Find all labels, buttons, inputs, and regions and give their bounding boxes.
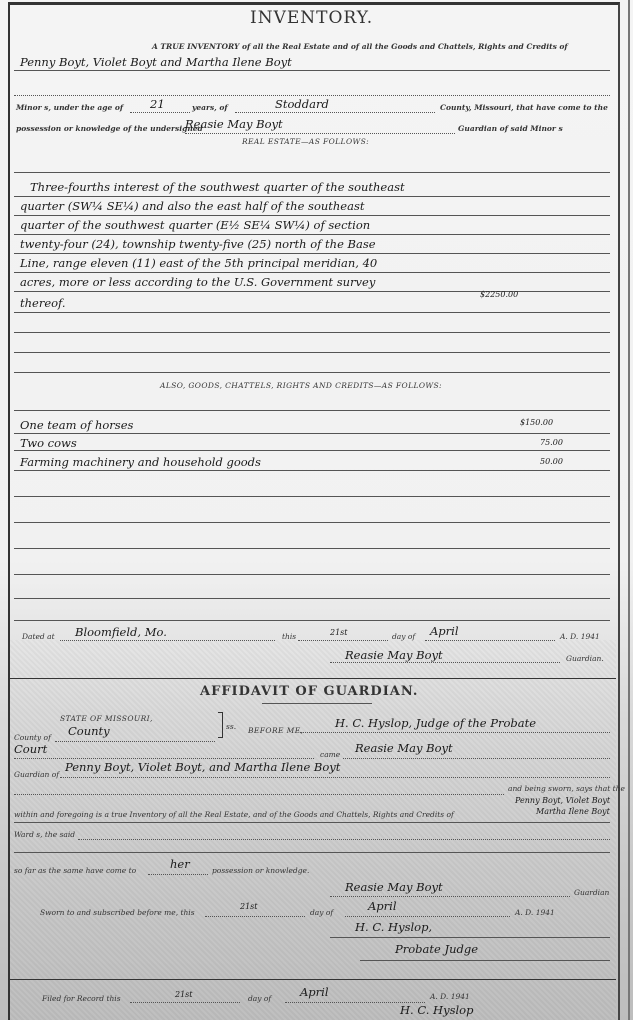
real-estate-line-5: Line, range eleven (11) east of the 5th … (20, 256, 377, 270)
came-name: Reasie May Boyt (355, 741, 453, 755)
county-value: Stoddard (275, 97, 329, 111)
affidavit-guardian-signature: Reasie May Boyt (345, 880, 443, 894)
wards-note-top: Penny Boyt, Violet Boyt (515, 796, 610, 805)
sworn-day: 21st (240, 902, 258, 911)
possession-label: possession or knowledge of the undersign… (16, 124, 203, 133)
so-far-label: so far as the same have come to (14, 866, 136, 875)
filed-label: Filed for Record this (42, 994, 121, 1003)
pronoun: her (170, 857, 190, 871)
real-estate-heading: REAL ESTATE—AS FOLLOWS: (242, 137, 369, 146)
intro-text: A TRUE INVENTORY of all the Real Estate … (152, 42, 568, 51)
wards-names: Penny Boyt, Violet Boyt, and Martha Ilen… (65, 760, 340, 774)
dated-at-label: Dated at (22, 632, 55, 641)
sworn-label: and being sworn, says that the (508, 784, 625, 793)
day-of-label: day of (392, 632, 415, 641)
ward-label: Ward s, the said (14, 830, 75, 839)
real-estate-line-7: thereof. (20, 296, 66, 310)
before-me-label: BEFORE ME, (248, 726, 303, 735)
goods-item-1: One team of horses (20, 418, 133, 432)
real-estate-value: $2250.00 (480, 290, 518, 299)
state-label: STATE OF MISSOURI, (60, 714, 153, 723)
minors-names: Penny Boyt, Violet Boyt and Martha Ilene… (20, 55, 292, 69)
judge-title: Probate Judge (395, 942, 478, 956)
inventory-text: within and foregoing is a true Inventory… (14, 810, 454, 819)
real-estate-line-6: acres, more or less according to the U.S… (20, 275, 375, 289)
filed-day-of-label: day of (248, 994, 271, 1003)
ss-label: ss. (226, 722, 236, 731)
wards-note-bottom: Martha Ilene Boyt (536, 807, 610, 816)
guardian-of-label: Guardian of (14, 770, 59, 779)
guardian-label: Guardian. (566, 654, 604, 663)
guardian-signature: Reasie May Boyt (345, 648, 443, 662)
county-label: County, Missouri, that have come to the (440, 103, 608, 112)
page-edge (628, 0, 630, 1020)
dated-year: A. D. 1941 (560, 632, 600, 641)
guardian-name: Reasie May Boyt (185, 117, 283, 131)
goods-item-2: Two cows (20, 436, 77, 450)
minor-label: Minor s, under the age of (16, 103, 123, 112)
came-label: came (320, 750, 340, 759)
goods-item-3: Farming machinery and household goods (20, 455, 261, 469)
filed-day: 21st (175, 990, 193, 999)
affidavit-county-cont: Court (14, 742, 47, 756)
dated-day: 21st (330, 628, 348, 637)
sworn-day-of-label: day of (310, 908, 333, 917)
filed-month: April (300, 985, 329, 999)
real-estate-line-4: twenty-four (24), township twenty-five (… (20, 237, 376, 251)
sworn-before-label: Sworn to and subscribed before me, this (40, 908, 195, 917)
guardian-of-label: Guardian of said Minor s (458, 124, 563, 133)
real-estate-line-1: Three-fourths interest of the southwest … (30, 180, 405, 194)
dated-month: April (430, 624, 459, 638)
sworn-month: April (368, 899, 397, 913)
document-title: INVENTORY. (250, 8, 373, 28)
affidavit-county: County (68, 724, 110, 738)
filed-year: A. D. 1941 (430, 992, 470, 1001)
goods-value-3: 50.00 (540, 457, 563, 466)
affidavit-guardian-label: Guardian (574, 888, 609, 897)
real-estate-line-2: quarter (SW¼ SE¼) and also the east half… (20, 199, 365, 213)
goods-value-1: $150.00 (520, 418, 553, 427)
sworn-year: A. D. 1941 (515, 908, 555, 917)
goods-heading: ALSO, GOODS, CHATTELS, RIGHTS AND CREDIT… (160, 381, 442, 390)
years-of-label: years, of (192, 103, 228, 112)
filed-signature: H. C. Hyslop (400, 1003, 473, 1017)
bracket (218, 712, 223, 738)
judge-text: H. C. Hyslop, Judge of the Probate (335, 716, 536, 730)
county-of-label: County of (14, 733, 51, 742)
affidavit-title: AFFIDAVIT OF GUARDIAN. (200, 684, 418, 699)
dated-place: Bloomfield, Mo. (75, 625, 167, 639)
possession-label: possession or knowledge. (212, 866, 309, 875)
judge-signature: H. C. Hyslop, (355, 920, 432, 934)
age-value: 21 (150, 97, 165, 111)
real-estate-line-3: quarter of the southwest quarter (E½ SE¼… (20, 218, 370, 232)
document-page: INVENTORY. A TRUE INVENTORY of all the R… (0, 0, 633, 1020)
goods-value-2: 75.00 (540, 438, 563, 447)
this-label: this (282, 632, 296, 641)
